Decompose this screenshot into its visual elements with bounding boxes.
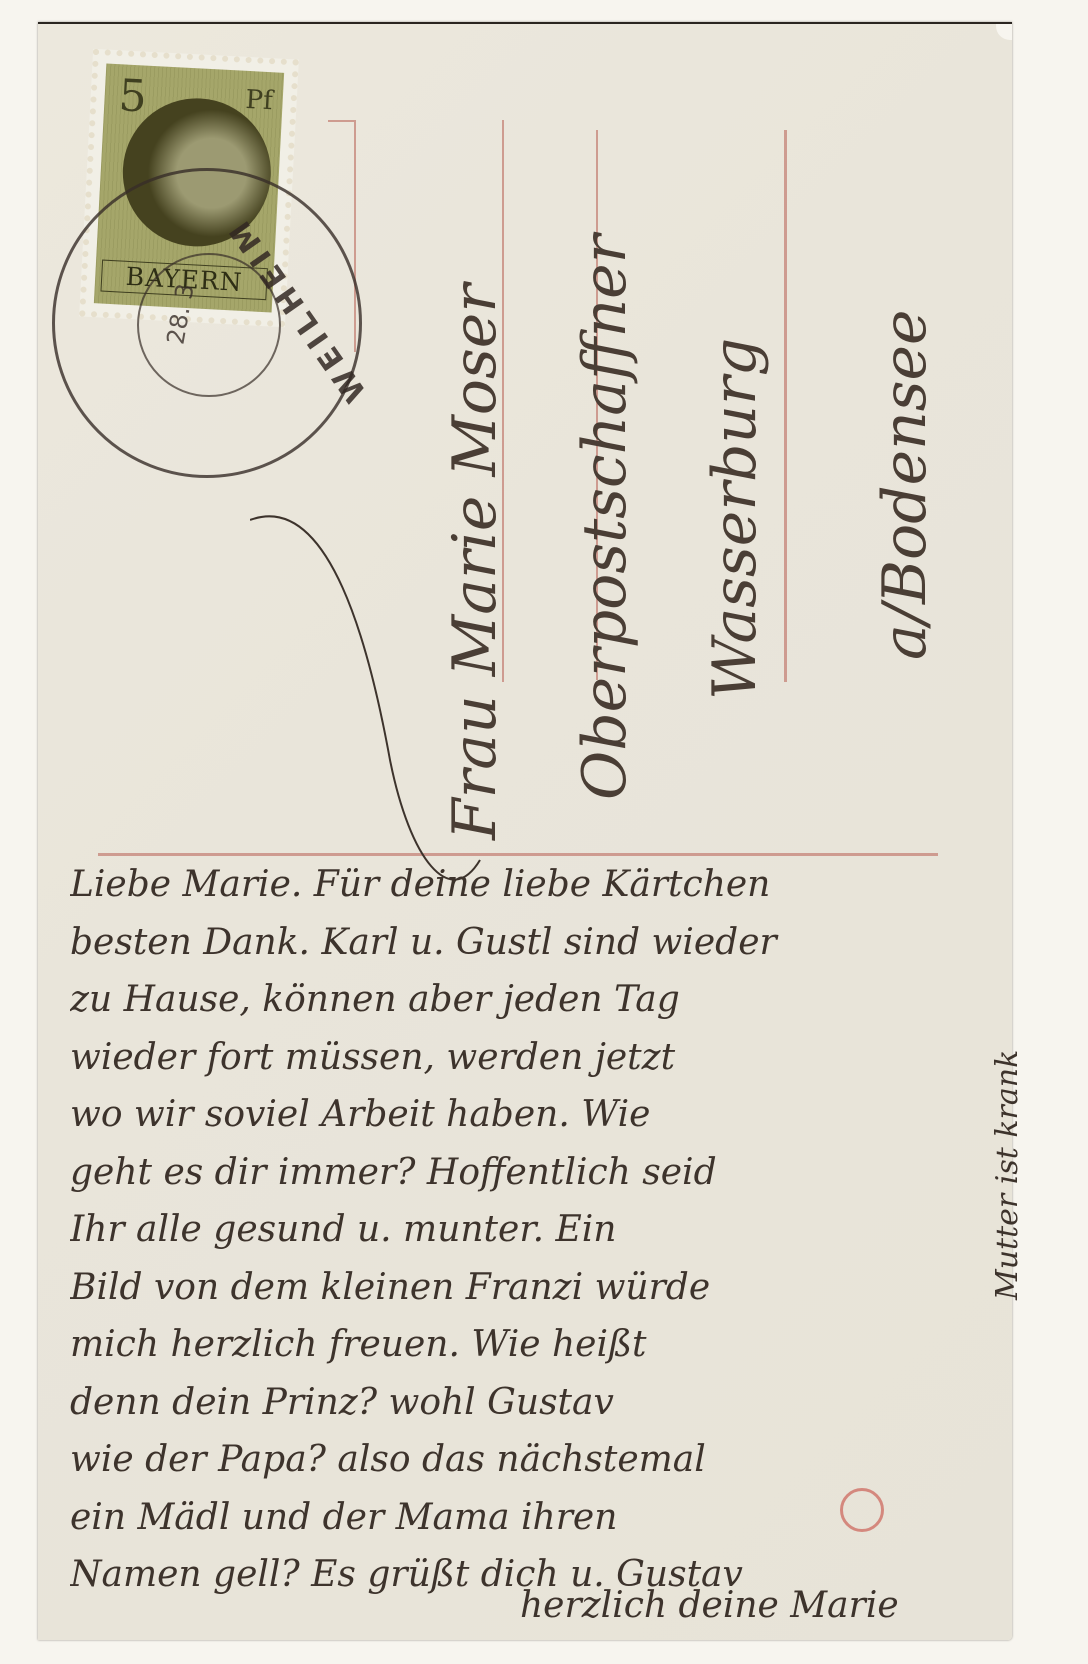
message-line: denn dein Prinz? wohl Gustav xyxy=(70,1374,1000,1432)
message-line: wie der Papa? also das nächstemal xyxy=(70,1431,1000,1489)
message-line: wo wir soviel Arbeit haben. Wie xyxy=(70,1086,1000,1144)
signature: herzlich deine Marie xyxy=(520,1585,899,1626)
message-line: Bild von dem kleinen Franzi würde xyxy=(70,1259,1000,1317)
message-line: wieder fort müssen, werden jetzt xyxy=(70,1029,1000,1087)
address-title: Oberpostschaffner xyxy=(570,235,640,800)
red-archive-stamp-icon xyxy=(840,1488,884,1532)
message-line: geht es dir immer? Hoffentlich seid xyxy=(70,1144,1000,1202)
message-line: besten Dank. Karl u. Gustl sind wieder xyxy=(70,914,1000,972)
message-line: Ihr alle gesund u. munter. Ein xyxy=(70,1201,1000,1259)
address-town: Wasserburg xyxy=(700,338,770,700)
margin-note: Mutter ist krank xyxy=(990,1050,1025,1300)
message-line: Liebe Marie. Für deine liebe Kärtchen xyxy=(70,856,1000,914)
stamp-box-horizontal-line xyxy=(328,120,356,122)
stamp-unit: Pf xyxy=(245,85,274,116)
address-name: Frau Marie Moser xyxy=(440,284,510,840)
address-region: a/Bodensee xyxy=(870,309,940,660)
address-line-3 xyxy=(784,130,787,682)
message-line: mich herzlich freuen. Wie heißt xyxy=(70,1316,1000,1374)
message-line: zu Hause, können aber jeden Tag xyxy=(70,971,1000,1029)
stamp-value: 5 xyxy=(117,70,148,122)
